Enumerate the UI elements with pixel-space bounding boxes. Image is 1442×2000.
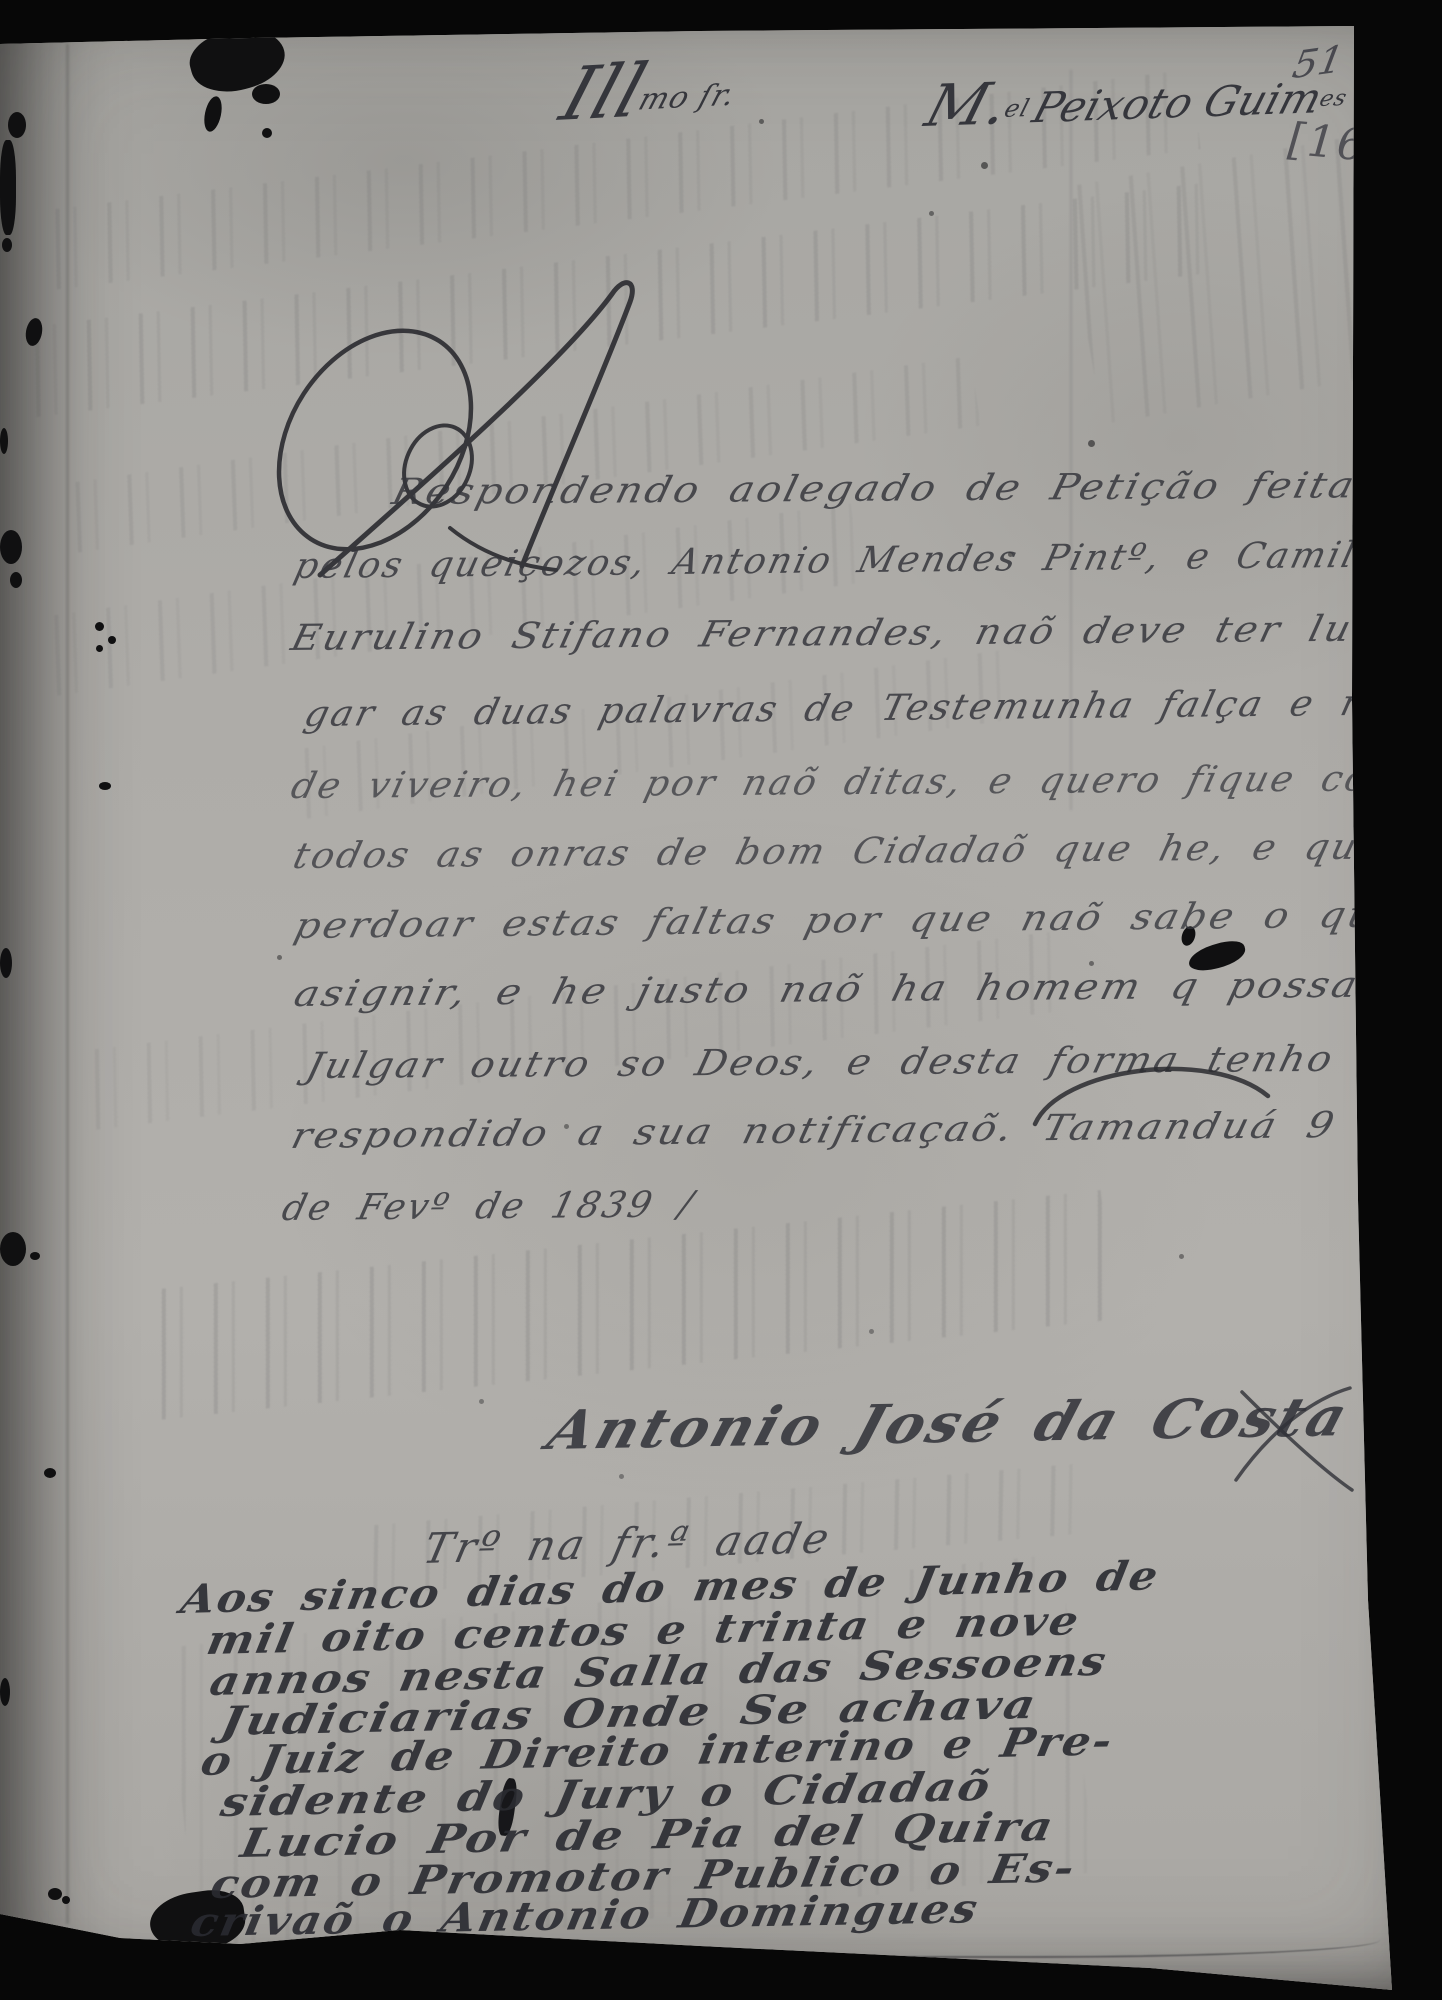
ink-blot	[2, 238, 12, 252]
body-line: perdoar estas faltas por que naõ sabe o …	[290, 894, 1407, 947]
body-line: gar as duas palavras de Testemunha falça…	[300, 682, 1434, 735]
bleed-through-texture	[79, 929, 1081, 1130]
ink-blot	[44, 1468, 56, 1478]
ink-blot	[0, 530, 22, 564]
ink-blot	[0, 1678, 10, 1706]
ink-blot	[99, 782, 111, 790]
ink-blot	[96, 645, 103, 652]
rubric-flourish	[1030, 1062, 1290, 1142]
salutation-honorific: Illmo ſr.	[551, 43, 751, 138]
salutation-addressee-name: Peixoto Guim	[1027, 73, 1327, 132]
scanned-manuscript-screenshot: { "document": { "page_number": "51", "fo…	[0, 0, 1442, 2000]
body-line: de viveiro, hei por naõ ditas, e quero f…	[287, 758, 1412, 807]
ink-blot	[48, 1888, 62, 1900]
ink-blot	[10, 572, 22, 588]
ink-blot	[95, 622, 104, 631]
salutation-honorific-base: Ill	[551, 48, 656, 138]
ink-blot	[0, 140, 16, 235]
signature-flourish-cross	[1228, 1382, 1358, 1497]
ink-blot	[252, 84, 280, 104]
body-line: Respondendo aolegado de Petição feita	[388, 465, 1361, 513]
paper-specks	[0, 0, 3, 3]
body-line: todos as onras de bom Cidadaõ que he, e …	[289, 826, 1442, 877]
ink-blot	[0, 1232, 26, 1266]
ink-blot	[262, 128, 272, 138]
ink-blot	[30, 1252, 40, 1260]
salutation-honorific-sup: mo ſr.	[634, 78, 740, 118]
ink-blot	[0, 428, 8, 454]
ink-blot	[108, 636, 116, 644]
bleed-through-texture	[1061, 136, 1398, 424]
salutation-addressee-initial: M.	[918, 69, 1016, 140]
body-line: asignir, e he justo naõ ha homem q possa	[290, 965, 1364, 1015]
ink-blot	[8, 112, 26, 138]
ink-blot	[0, 948, 12, 978]
paper-crease	[66, 44, 69, 1924]
body-line: Eurulino Stifano Fernandes, naõ deve ter…	[287, 609, 1373, 659]
ink-blot	[62, 1896, 70, 1904]
ink-blot	[201, 95, 224, 134]
body-line: de Fevº de 1839 /	[278, 1184, 699, 1229]
manuscript-paper: 51 [16] Illmo ſr. M.el Peixoto Guimes Re…	[0, 0, 1442, 2000]
